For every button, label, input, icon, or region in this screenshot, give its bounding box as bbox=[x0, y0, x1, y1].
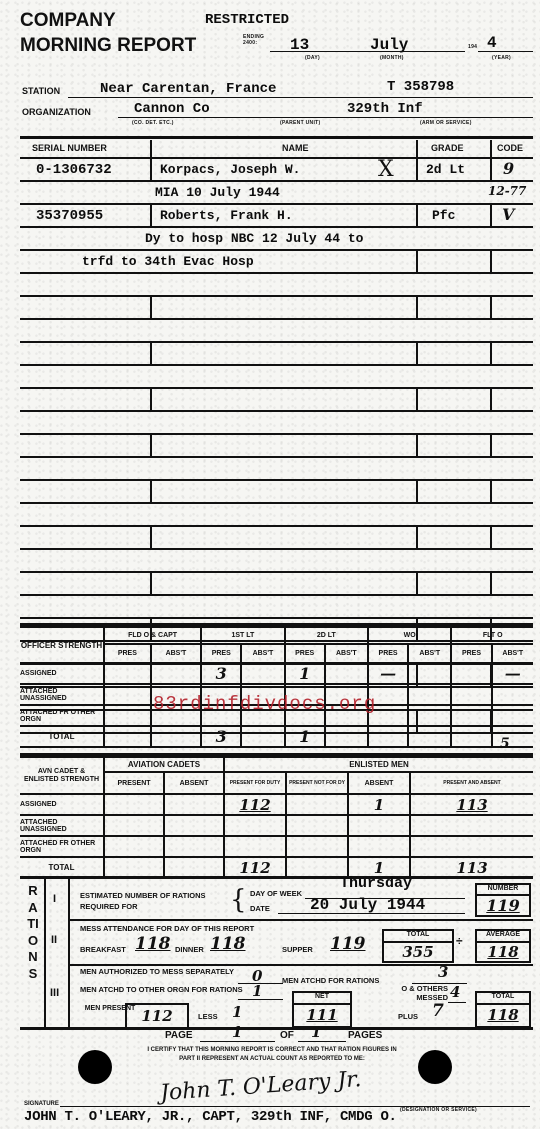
atchd-for-rations-label: MEN ATCHD FOR RATIONS bbox=[282, 976, 379, 985]
officer-strength-title: OFFICER STRENGTH bbox=[20, 627, 104, 663]
average-label: AVERAGE bbox=[477, 931, 529, 943]
organization-parent-unit: 329th Inf bbox=[347, 101, 423, 117]
subcol-absent: ABSENT bbox=[348, 772, 410, 794]
cell bbox=[325, 663, 368, 684]
rations-section: RATIONS I ESTIMATED NUMBER OF RATIONS RE… bbox=[20, 879, 533, 1030]
subcol-present: PRESENT bbox=[104, 772, 164, 794]
atchd-for-rations-value: 3 bbox=[438, 963, 448, 981]
table-row-empty bbox=[20, 320, 533, 343]
dinner-value: 118 bbox=[210, 934, 246, 954]
table-row-empty bbox=[20, 481, 533, 504]
group-fld-o-capt: FLD O & CAPT bbox=[104, 627, 201, 644]
officer-strength-table: OFFICER STRENGTH FLD O & CAPT 1ST LT 2D … bbox=[20, 626, 533, 748]
supper-value: 119 bbox=[330, 934, 366, 954]
less-value: 1 bbox=[232, 1003, 242, 1021]
supper-label: SUPPER bbox=[282, 945, 313, 954]
subcol-absent: ABSENT bbox=[164, 772, 224, 794]
row-label: TOTAL bbox=[20, 726, 104, 747]
enlisted-strength-title: AVN CADET & ENLISTED STRENGTH bbox=[20, 757, 104, 794]
enlisted-strength-table: AVN CADET & ENLISTED STRENGTH AVIATION C… bbox=[20, 756, 533, 879]
soldier-name: Roberts, Frank H. bbox=[160, 208, 293, 223]
remark-text: trfd to 34th Evac Hosp bbox=[82, 254, 254, 269]
day-of-week-label: DAY OF WEEK bbox=[250, 889, 302, 898]
table-row-empty bbox=[20, 435, 533, 458]
total-value: 355 bbox=[384, 943, 452, 961]
subcol-abst: ABS'T bbox=[151, 644, 201, 663]
table-row-empty bbox=[20, 412, 533, 435]
men-present-value: 112 bbox=[127, 1005, 187, 1027]
section-ii-label: MESS ATTENDANCE FOR DAY OF THIS REPORT bbox=[80, 924, 254, 933]
group-1st-lt: 1ST LT bbox=[201, 627, 284, 644]
atchd-other-orgn-label: MEN ATCHD TO OTHER ORGN FOR RATIONS bbox=[80, 985, 245, 994]
day-of-week-value: Thursday bbox=[340, 875, 412, 892]
number-value: 119 bbox=[477, 896, 529, 915]
date-label: DATE bbox=[250, 904, 270, 913]
men-present-box: 112 bbox=[125, 1003, 189, 1027]
number-label: NUMBER bbox=[477, 885, 529, 896]
cell: — bbox=[368, 663, 408, 684]
subcol-present-not-for-duty: PRESENT NOT FOR DY bbox=[286, 772, 348, 794]
arm-service-caption: (ARM OR SERVICE) bbox=[420, 120, 472, 126]
enlisted-row-attached-other-orgn: ATTACHED FR OTHER ORGN bbox=[20, 836, 533, 857]
col-code: CODE bbox=[497, 143, 523, 153]
auth-separately-label: MEN AUTHORIZED TO MESS SEPARATELY bbox=[80, 967, 240, 976]
classification-stamp: RESTRICTED bbox=[205, 12, 289, 28]
atchd-other-orgn-value: 1 bbox=[252, 982, 262, 1000]
table-row: 0-1306732 Korpacs, Joseph W. X 2d Lt 9 bbox=[20, 159, 533, 182]
number-box: NUMBER 119 bbox=[475, 883, 531, 917]
subcol-abst: ABS'T bbox=[241, 644, 284, 663]
total-box: TOTAL 355 bbox=[382, 929, 454, 963]
form-title-morning-report: MORNING REPORT bbox=[20, 35, 196, 57]
handwritten-signature: John T. O'Leary Jr. bbox=[159, 1067, 362, 1106]
parent-unit-caption: (PARENT UNIT) bbox=[280, 120, 320, 126]
certification-text: I CERTIFY THAT THIS MORNING REPORT IS CO… bbox=[147, 1046, 397, 1064]
table-row-empty bbox=[20, 504, 533, 527]
table-row-remark: trfd to 34th Evac Hosp bbox=[20, 251, 533, 274]
row-label: TOTAL bbox=[20, 857, 104, 878]
code-note: 12-77 bbox=[488, 184, 526, 198]
section-iii-total-box: TOTAL 118 bbox=[475, 991, 531, 1028]
handwritten-x-mark: X bbox=[378, 157, 394, 182]
year-prefix: 194 bbox=[468, 44, 477, 50]
subcol-abst: ABS'T bbox=[408, 644, 451, 663]
company-caption: (CO. DET. ETC.) bbox=[132, 120, 174, 126]
day-caption: (DAY) bbox=[305, 55, 320, 61]
section-iii-total-value: 118 bbox=[477, 1005, 529, 1025]
remark-text: Dy to hosp NBC 12 July 44 to bbox=[145, 231, 363, 246]
organization-label: ORGANIZATION bbox=[22, 107, 91, 117]
cell bbox=[104, 663, 151, 684]
cell-present-for-duty: 112 bbox=[224, 794, 286, 815]
cell-1st-lt-total: 3 bbox=[201, 726, 241, 747]
report-month: July bbox=[370, 36, 408, 54]
table-row-remark: MIA 10 July 1944 12-77 bbox=[20, 182, 533, 205]
table-row-empty bbox=[20, 596, 533, 619]
col-serial-number: SERIAL NUMBER bbox=[32, 143, 107, 153]
morning-report-page: COMPANY MORNING REPORT RESTRICTED ENDING… bbox=[0, 0, 540, 1129]
section-i-label: ESTIMATED NUMBER OF RATIONS REQUIRED FOR bbox=[80, 890, 240, 912]
signer-name-block: JOHN T. O'LEARY, JR., CAPT, 329th INF, C… bbox=[24, 1109, 397, 1125]
total-pages: 1 bbox=[311, 1023, 321, 1041]
subcol-present-for-duty: PRESENT FOR DUTY bbox=[224, 772, 286, 794]
less-label: LESS bbox=[198, 1012, 218, 1021]
month-caption: (MONTH) bbox=[380, 55, 404, 61]
soldier-code: V bbox=[502, 205, 514, 224]
year-caption: (YEAR) bbox=[492, 55, 511, 61]
total-label: TOTAL bbox=[384, 931, 452, 943]
cell-present-and-absent: 113 bbox=[410, 794, 533, 815]
remark-text: MIA 10 July 1944 bbox=[155, 185, 280, 200]
table-row: 35370955 Roberts, Frank H. Pfc V bbox=[20, 205, 533, 228]
col-grade: GRADE bbox=[431, 143, 464, 153]
group-2d-lt: 2D LT bbox=[285, 627, 368, 644]
net-box: NET 111 bbox=[292, 991, 352, 1028]
section-iii-roman: III bbox=[50, 987, 59, 999]
form-title-company: COMPANY bbox=[20, 10, 116, 32]
station-label: STATION bbox=[22, 86, 60, 96]
table-row-empty bbox=[20, 550, 533, 573]
report-day: 13 bbox=[290, 36, 309, 54]
cell bbox=[451, 663, 491, 684]
group-wo: WO bbox=[368, 627, 451, 644]
page-label: PAGE bbox=[165, 1030, 193, 1041]
cell: — bbox=[492, 663, 533, 684]
cell-present-and-absent-total: 113 bbox=[410, 857, 533, 878]
subcol-abst: ABS'T bbox=[492, 644, 533, 663]
signer-caption: (DESIGNATION OR SERVICE) bbox=[400, 1107, 477, 1113]
net-value: 111 bbox=[294, 1005, 350, 1025]
subcol-abst: ABS'T bbox=[325, 644, 368, 663]
pages-label: PAGES bbox=[348, 1030, 382, 1041]
station-grid-reference: T 358798 bbox=[387, 79, 454, 95]
soldier-grade: Pfc bbox=[432, 208, 455, 223]
cell-1st-lt-pres: 3 bbox=[201, 663, 241, 684]
brace: { bbox=[230, 885, 247, 915]
cell bbox=[408, 663, 451, 684]
average-value: 118 bbox=[477, 943, 529, 961]
others-messed-label: O & OTHERS MESSED bbox=[386, 984, 448, 1002]
section-ii-roman: II bbox=[51, 934, 57, 946]
subcol-pres: PRES bbox=[285, 644, 325, 663]
enlisted-row-attached-unassigned: ATTACHED UNASSIGNED bbox=[20, 815, 533, 836]
page-number: 1 bbox=[232, 1023, 242, 1041]
row-label: ATTACHED UNASSIGNED bbox=[20, 684, 104, 705]
row-label: ATTACHED UNASSIGNED bbox=[20, 815, 104, 836]
enlisted-row-assigned: ASSIGNED 112 1 113 bbox=[20, 794, 533, 815]
row-label: ATTACHED FR OTHER ORGN bbox=[20, 705, 104, 726]
col-name: NAME bbox=[282, 143, 309, 153]
average-box: AVERAGE 118 bbox=[475, 929, 531, 963]
officer-row-assigned: ASSIGNED 3 1 — — bbox=[20, 663, 533, 684]
table-row-empty bbox=[20, 527, 533, 550]
breakfast-label: BREAKFAST bbox=[80, 945, 126, 954]
section-i-roman: I bbox=[53, 893, 56, 905]
group-flt-o: FLT O bbox=[451, 627, 533, 644]
enlisted-row-total: TOTAL 112 1 113 bbox=[20, 857, 533, 878]
table-row-empty bbox=[20, 366, 533, 389]
ending-label: ENDING 2400: bbox=[243, 34, 265, 46]
breakfast-value: 118 bbox=[135, 934, 171, 954]
serial-number: 35370955 bbox=[36, 208, 103, 224]
soldier-grade: 2d Lt bbox=[426, 162, 465, 177]
cell bbox=[241, 663, 284, 684]
group-aviation-cadets: AVIATION CADETS bbox=[104, 757, 224, 772]
cell bbox=[151, 663, 201, 684]
table-row-empty bbox=[20, 343, 533, 366]
of-label: OF bbox=[280, 1030, 294, 1041]
table-row-empty bbox=[20, 458, 533, 481]
watermark: 83rdinfdivdocs.org bbox=[153, 693, 376, 715]
cell-absent: 1 bbox=[348, 794, 410, 815]
date-value: 20 July 1944 bbox=[310, 896, 425, 914]
table-row-empty bbox=[20, 297, 533, 320]
rations-side-label: RATIONS bbox=[26, 883, 40, 982]
subcol-present-and-absent: PRESENT AND ABSENT bbox=[410, 772, 533, 794]
cell-present-for-duty-total: 112 bbox=[224, 857, 286, 878]
station-value: Near Carentan, France bbox=[100, 81, 276, 97]
others-messed-value: 4 bbox=[450, 983, 460, 1001]
table-row-empty bbox=[20, 274, 533, 297]
row-label: ATTACHED FR OTHER ORGN bbox=[20, 836, 104, 857]
table-row-empty bbox=[20, 573, 533, 596]
punch-hole-right bbox=[418, 1050, 452, 1084]
table-row-remark: Dy to hosp NBC 12 July 44 to bbox=[20, 228, 533, 251]
signature-label: SIGNATURE bbox=[24, 1101, 59, 1107]
soldier-name: Korpacs, Joseph W. bbox=[160, 162, 300, 177]
subcol-pres: PRES bbox=[451, 644, 491, 663]
dinner-label: DINNER bbox=[175, 945, 204, 954]
cell-2d-lt-total: 1 bbox=[285, 726, 325, 747]
officer-row-total: TOTAL 3 1 bbox=[20, 726, 533, 747]
cell-2d-lt-pres: 1 bbox=[285, 663, 325, 684]
row-label: ASSIGNED bbox=[20, 794, 104, 815]
divide-symbol: ÷ bbox=[456, 934, 463, 948]
subcol-pres: PRES bbox=[201, 644, 241, 663]
serial-number: 0-1306732 bbox=[36, 162, 112, 178]
net-label: NET bbox=[294, 993, 350, 1005]
punch-hole-left bbox=[78, 1050, 112, 1084]
group-enlisted-men: ENLISTED MEN bbox=[224, 757, 533, 772]
report-year-digit: 4 bbox=[487, 34, 497, 52]
subcol-pres: PRES bbox=[368, 644, 408, 663]
subcol-pres: PRES bbox=[104, 644, 151, 663]
plus-label: PLUS bbox=[398, 1012, 418, 1021]
row-label: ASSIGNED bbox=[20, 663, 104, 684]
roster-header-row: SERIAL NUMBER NAME GRADE CODE bbox=[20, 140, 533, 159]
section-iii-total-label: TOTAL bbox=[477, 993, 529, 1005]
soldier-code: 9 bbox=[503, 159, 514, 178]
plus-value: 7 bbox=[432, 1001, 444, 1021]
table-row-empty bbox=[20, 389, 533, 412]
organization-company: Cannon Co bbox=[134, 101, 210, 117]
